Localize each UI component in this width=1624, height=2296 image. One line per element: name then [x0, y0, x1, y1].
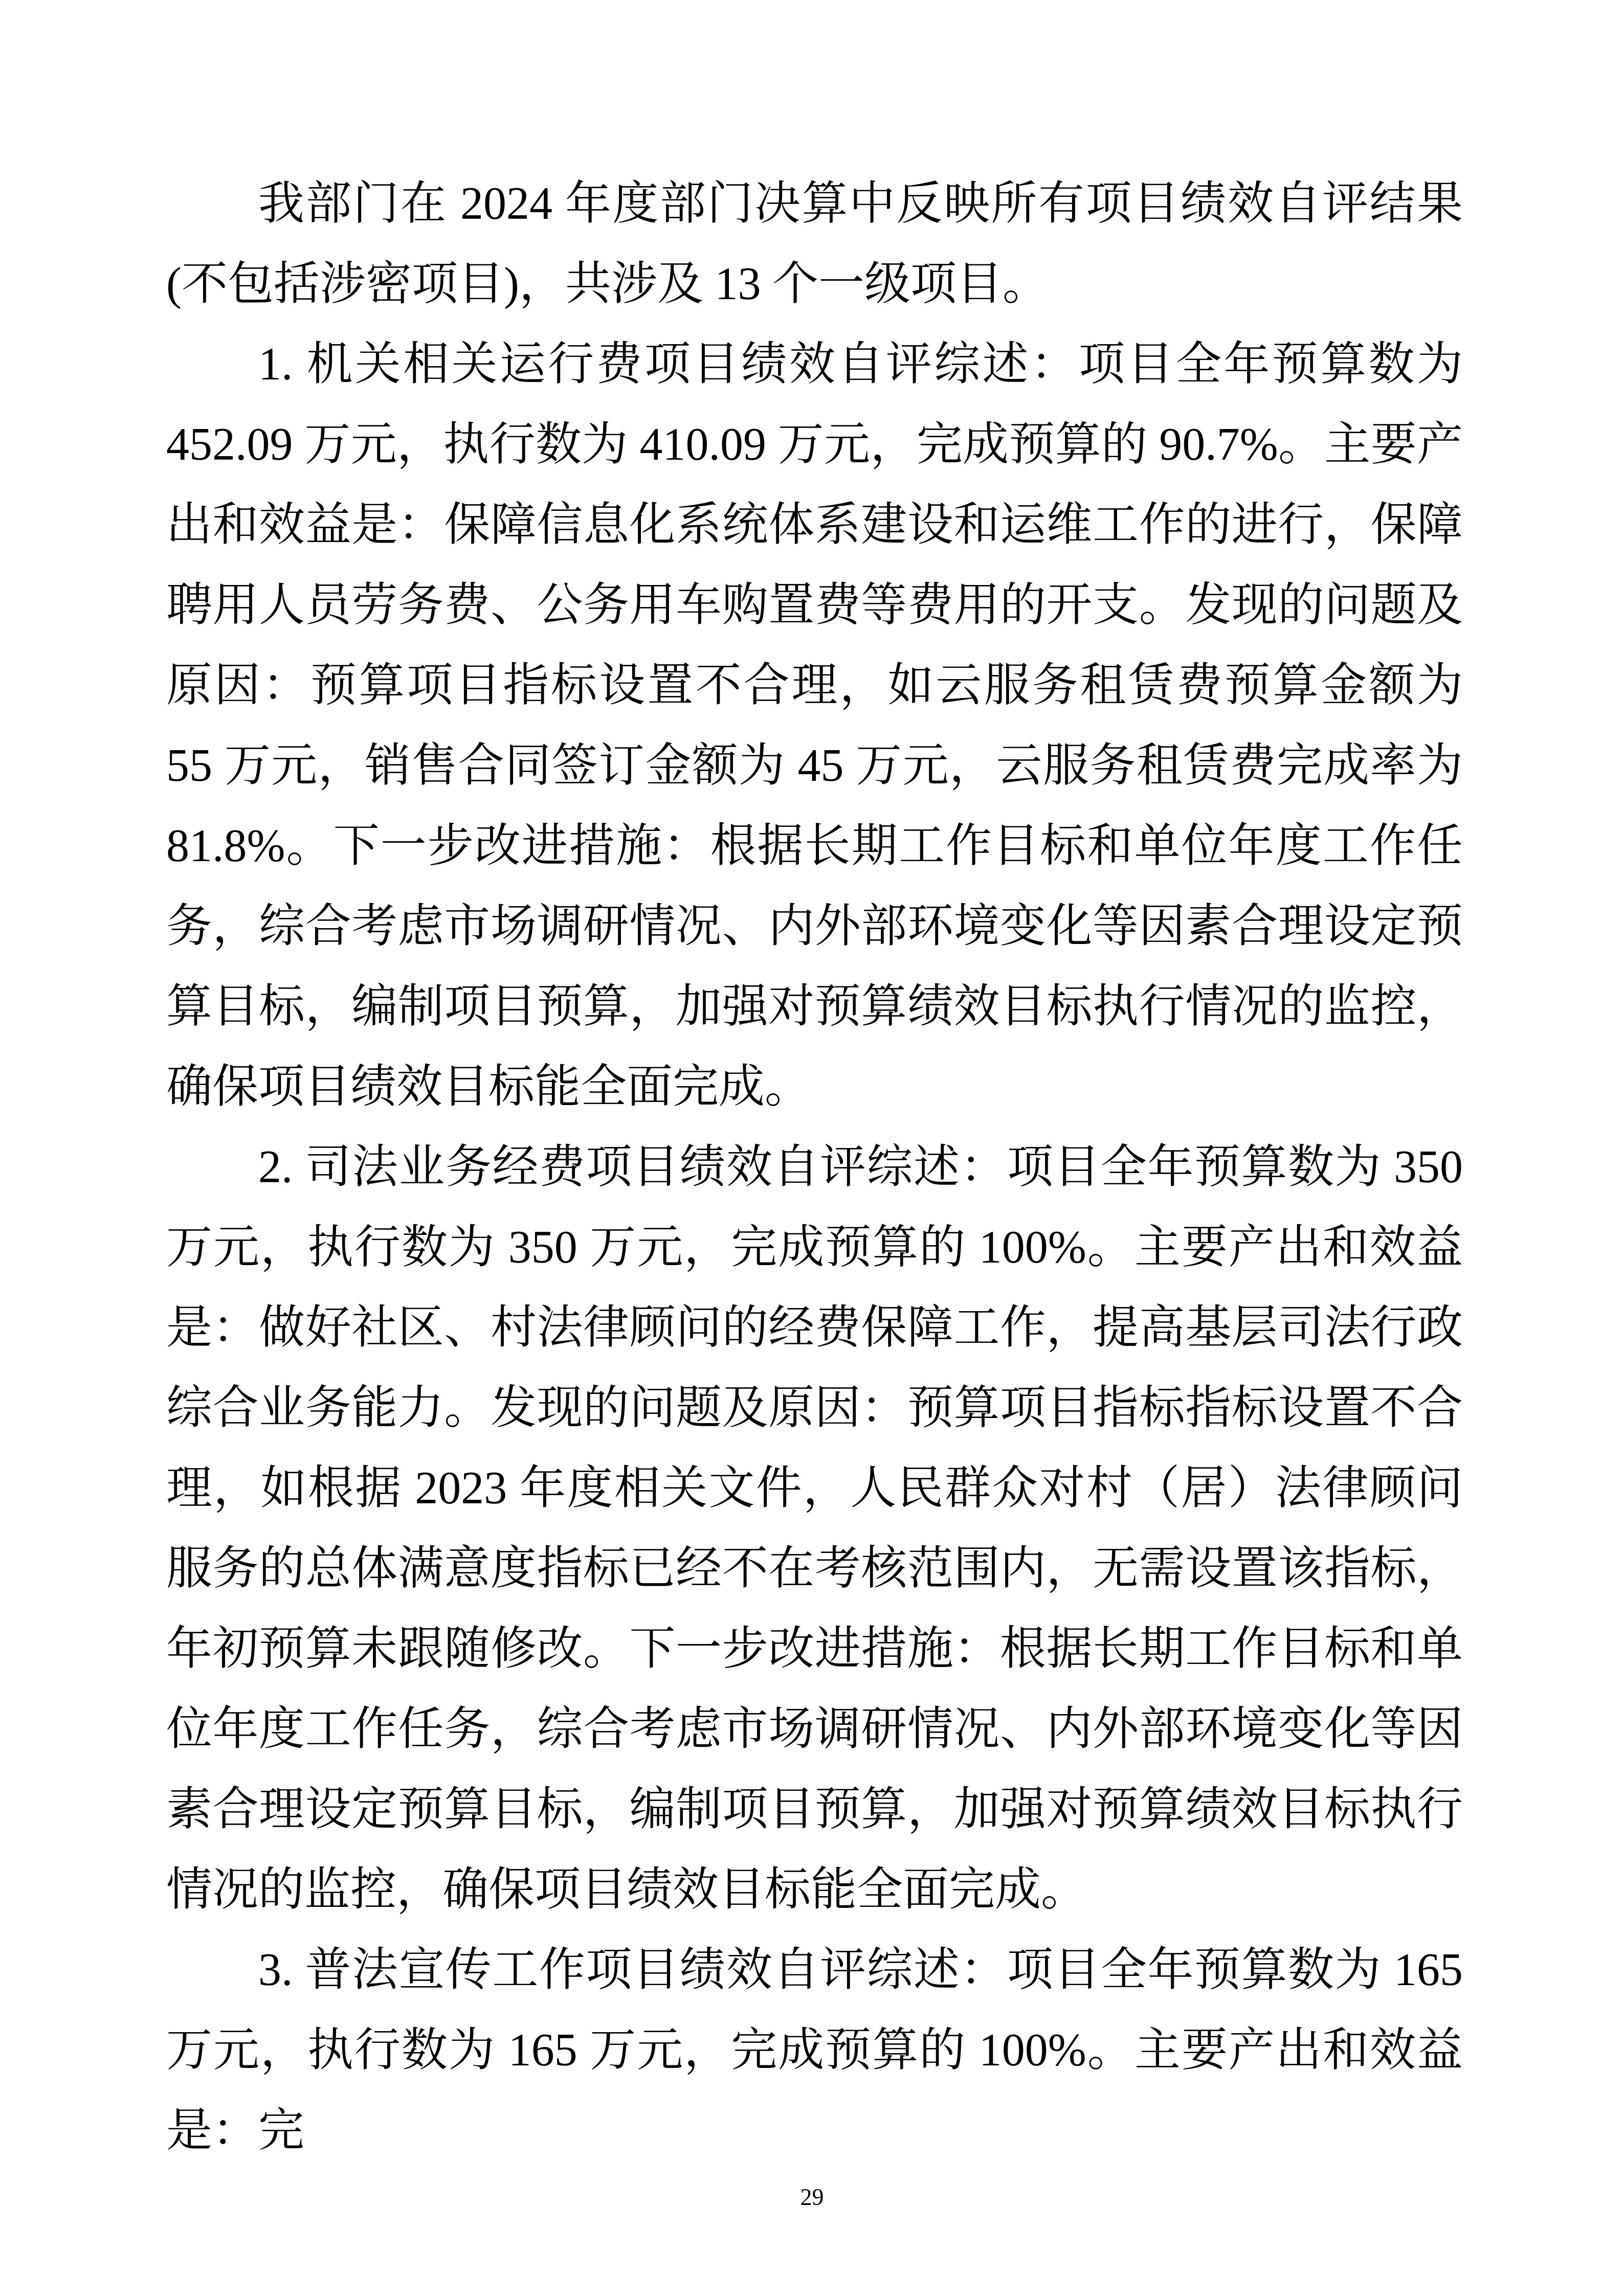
- page-number: 29: [800, 2184, 824, 2210]
- document-page: 我部门在 2024 年度部门决算中反映所有项目绩效自评结果(不包括涉密项目)，共…: [0, 0, 1624, 2296]
- paragraph: 我部门在 2024 年度部门决算中反映所有项目绩效自评结果(不包括涉密项目)，共…: [166, 164, 1463, 324]
- paragraph: 1. 机关相关运行费项目绩效自评综述：项目全年预算数为 452.09 万元，执行…: [166, 324, 1463, 1127]
- paragraph: 3. 普法宣传工作项目绩效自评综述：项目全年预算数为 165 万元，执行数为 1…: [166, 1930, 1463, 2171]
- document-body: 我部门在 2024 年度部门决算中反映所有项目绩效自评结果(不包括涉密项目)，共…: [166, 164, 1463, 2171]
- paragraph: 2. 司法业务经费项目绩效自评综述：项目全年预算数为 350 万元，执行数为 3…: [166, 1127, 1463, 1930]
- page-footer: 29: [0, 2185, 1624, 2210]
